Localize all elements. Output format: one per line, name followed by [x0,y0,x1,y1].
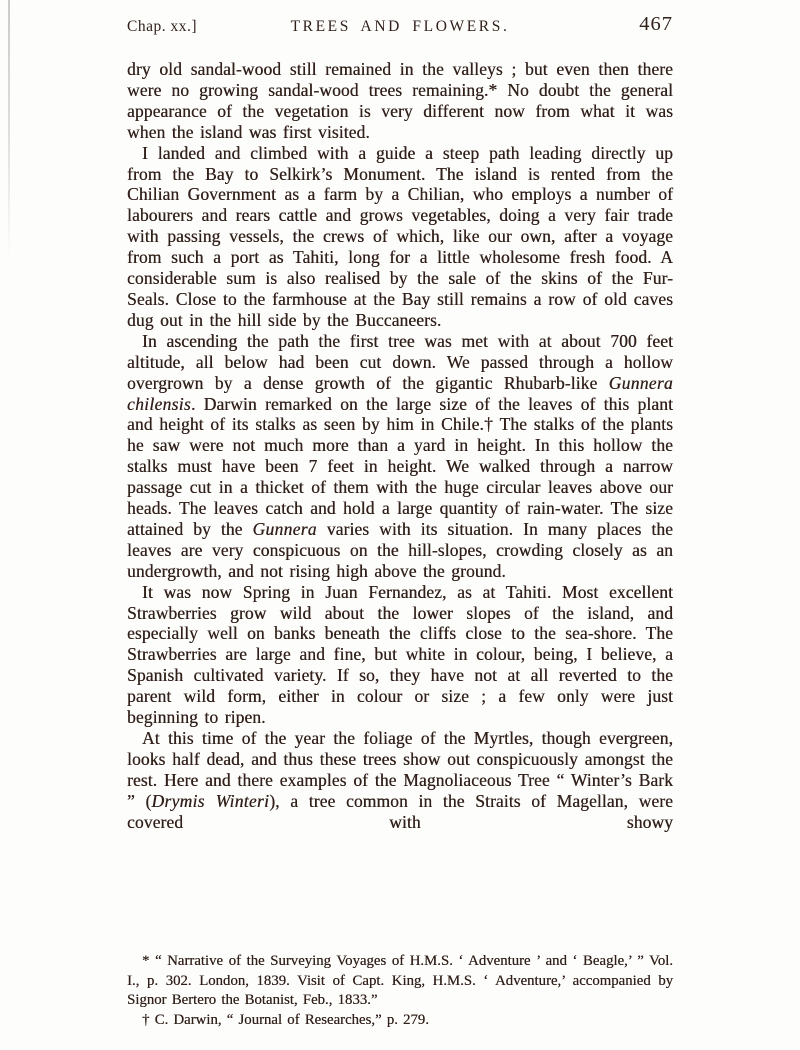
footnote-2: † C. Darwin, “ Journal of Researches,” p… [127,1011,673,1031]
book-page-scan: Chap. xx.] TREES AND FLOWERS. 467 dry ol… [0,0,800,1050]
scan-edge-artifact [8,0,10,260]
footnotes-block: * “ Narrative of the Surveying Voyages o… [127,952,673,1030]
paragraph-1: dry old sandal-wood still remained in th… [127,59,673,143]
paragraph-3: In ascending the path the first tree was… [127,331,673,582]
paragraph-4: It was now Spring in Juan Fernandez, as … [127,582,673,728]
page-number: 467 [127,13,673,36]
text-column: dry old sandal-wood still remained in th… [127,59,673,833]
paragraph-5: At this time of the year the foliage of … [127,728,673,833]
footnote-1: * “ Narrative of the Surveying Voyages o… [127,952,673,1011]
paragraph-2: I landed and climbed with a guide a stee… [127,143,673,331]
